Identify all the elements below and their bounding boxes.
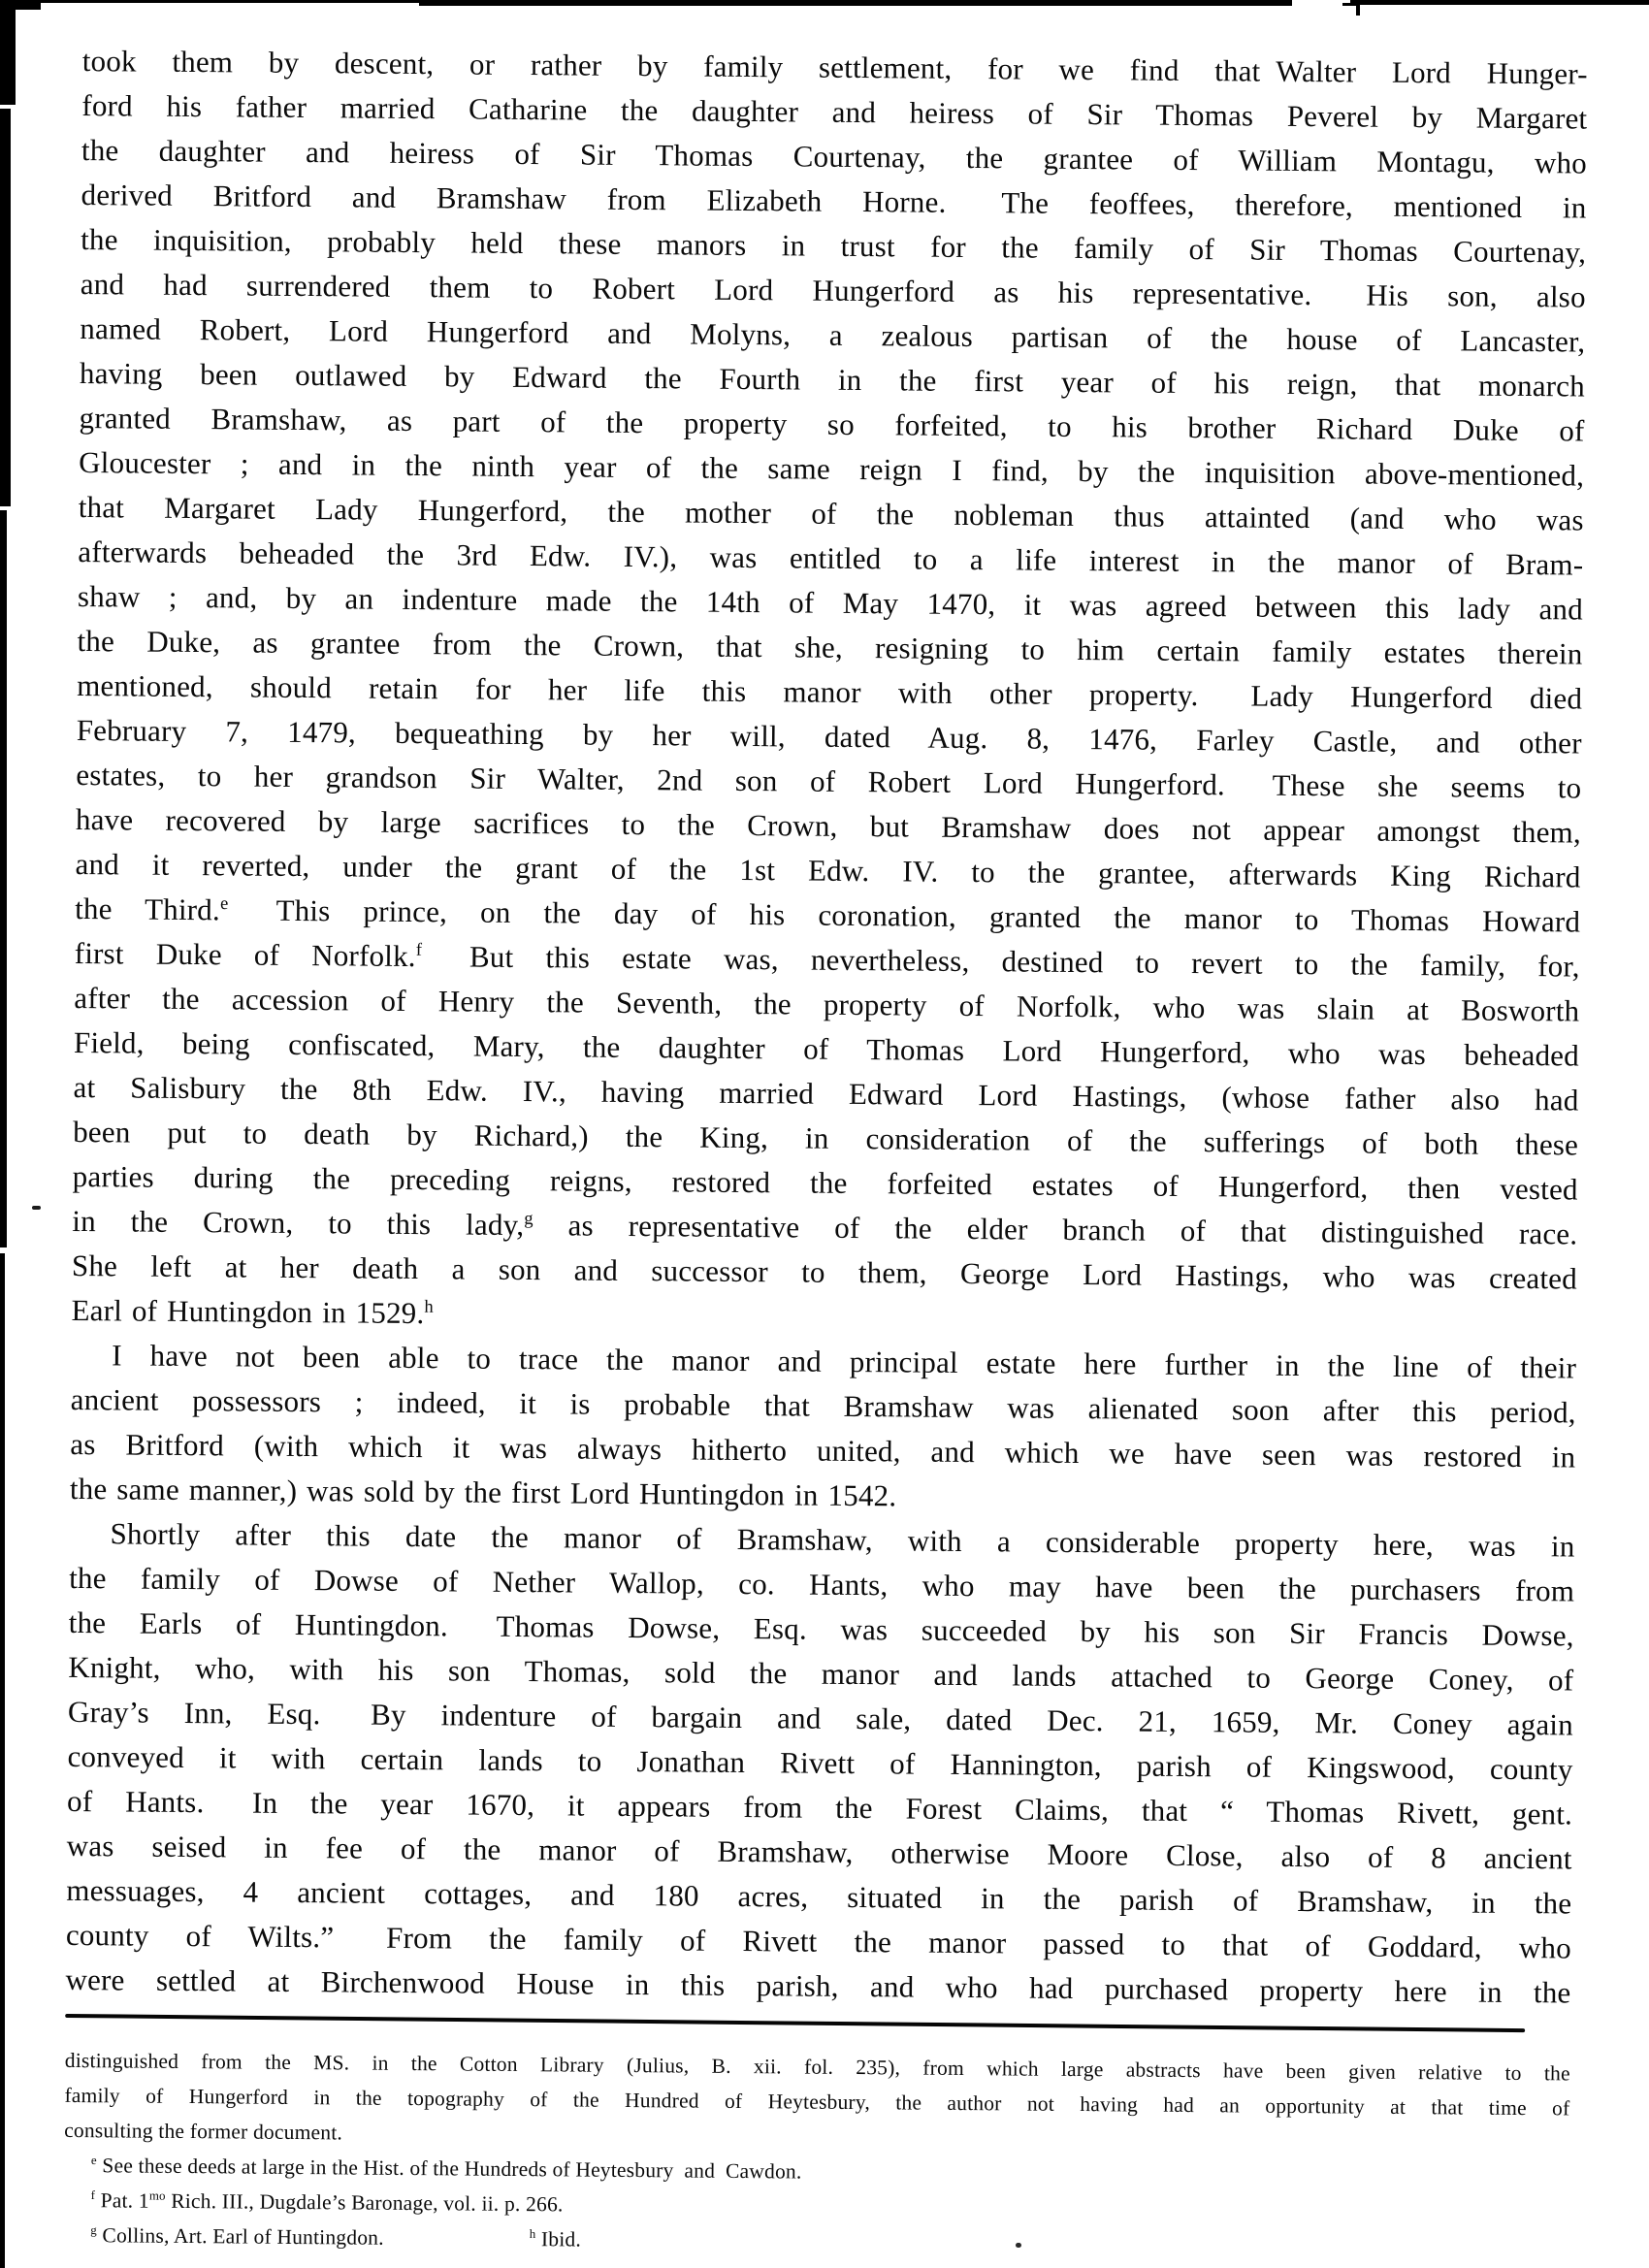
footnote-text: Pat. 1mo Rich. III., Dugdale’s Baronage,… <box>101 2188 564 2216</box>
scan-artifact-left-edge <box>0 0 16 105</box>
page-content: took them by descent, or rather by famil… <box>63 39 1588 2265</box>
scanned-book-page: took them by descent, or rather by famil… <box>0 0 1649 2268</box>
footnote-column-gap <box>384 2245 530 2246</box>
scan-artifact-tick <box>1356 3 1360 16</box>
footnote-marker: g <box>90 2223 97 2237</box>
scan-artifact-left-edge <box>0 109 11 506</box>
footnote-items: e See these deeds at large in the Hist. … <box>63 2148 1569 2266</box>
footnotes-block: distinguished from the MS. in the Cotton… <box>63 2043 1570 2266</box>
scan-artifact-top-edge <box>419 0 1292 6</box>
main-text-block: took them by descent, or rather by famil… <box>65 39 1588 2015</box>
scan-artifact-top-edge <box>0 0 41 10</box>
footnote-separator-rule <box>65 2014 1525 2032</box>
scan-artifact-left-edge <box>0 1253 5 2268</box>
footnote-text: See these deeds at large in the Hist. of… <box>102 2154 801 2183</box>
footnote-marker: h <box>530 2227 536 2241</box>
scan-artifact-speck <box>32 1206 41 1210</box>
scan-artifact-left-edge <box>0 510 7 1247</box>
footnote-continuation: distinguished from the MS. in the Cotton… <box>64 2043 1570 2161</box>
footnote-marker: f <box>91 2188 96 2202</box>
footnote-marker: e <box>91 2154 97 2167</box>
scan-artifact-top-edge <box>41 0 419 3</box>
scan-artifact-top-edge <box>1350 0 1649 5</box>
footnote-text: Collins, Art. Earl of Huntingdon. <box>102 2223 383 2250</box>
